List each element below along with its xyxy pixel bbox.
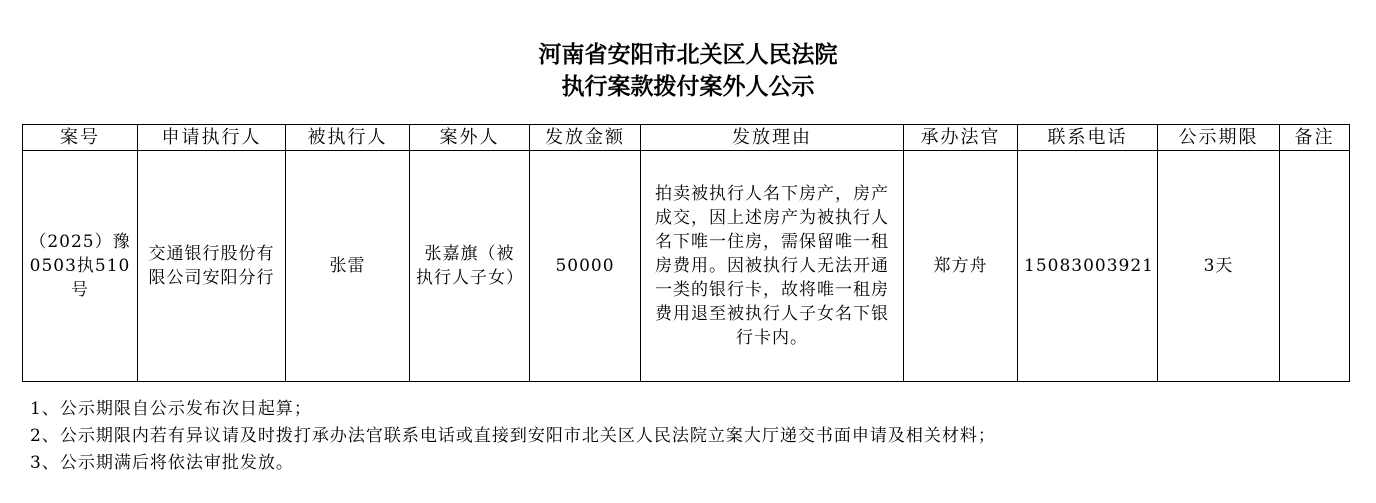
note-item: 3、公示期满后将依法审批发放。 (30, 450, 996, 477)
note-item: 2、公示期限内若有异议请及时拨打承办法官联系电话或直接到安阳市北关区人民法院立案… (30, 423, 996, 450)
cell-amount: 50000 (530, 151, 641, 382)
header-reason: 发放理由 (641, 125, 904, 151)
header-respondent: 被执行人 (286, 125, 410, 151)
court-name-title: 河南省安阳市北关区人民法院 (0, 40, 1376, 70)
cell-case-no: （2025）豫0503执510号 (23, 151, 138, 382)
cell-phone: 15083003921 (1018, 151, 1158, 382)
header-phone: 联系电话 (1018, 125, 1158, 151)
header-amount: 发放金额 (530, 125, 641, 151)
cell-judge: 郑方舟 (904, 151, 1018, 382)
header-outsider: 案外人 (410, 125, 530, 151)
cell-reason: 拍卖被执行人名下房产，房产成交，因上述房产为被执行人名下唯一住房，需保留唯一租房… (641, 151, 904, 382)
header-period: 公示期限 (1158, 125, 1280, 151)
table-row: （2025）豫0503执510号 交通银行股份有限公司安阳分行 张雷 张嘉旗（被… (23, 151, 1350, 382)
header-applicant: 申请执行人 (138, 125, 286, 151)
cell-applicant: 交通银行股份有限公司安阳分行 (138, 151, 286, 382)
disbursement-table: 案号 申请执行人 被执行人 案外人 发放金额 发放理由 承办法官 联系电话 公示… (22, 124, 1350, 382)
header-judge: 承办法官 (904, 125, 1018, 151)
cell-outsider: 张嘉旗（被执行人子女） (410, 151, 530, 382)
header-remark: 备注 (1280, 125, 1350, 151)
cell-respondent: 张雷 (286, 151, 410, 382)
notice-title: 执行案款拨付案外人公示 (0, 72, 1376, 102)
table-header-row: 案号 申请执行人 被执行人 案外人 发放金额 发放理由 承办法官 联系电话 公示… (23, 125, 1350, 151)
notes-section: 1、公示期限自公示发布次日起算； 2、公示期限内若有异议请及时拨打承办法官联系电… (30, 396, 996, 477)
header-case-no: 案号 (23, 125, 138, 151)
cell-period: 3天 (1158, 151, 1280, 382)
note-item: 1、公示期限自公示发布次日起算； (30, 396, 996, 423)
cell-remark (1280, 151, 1350, 382)
